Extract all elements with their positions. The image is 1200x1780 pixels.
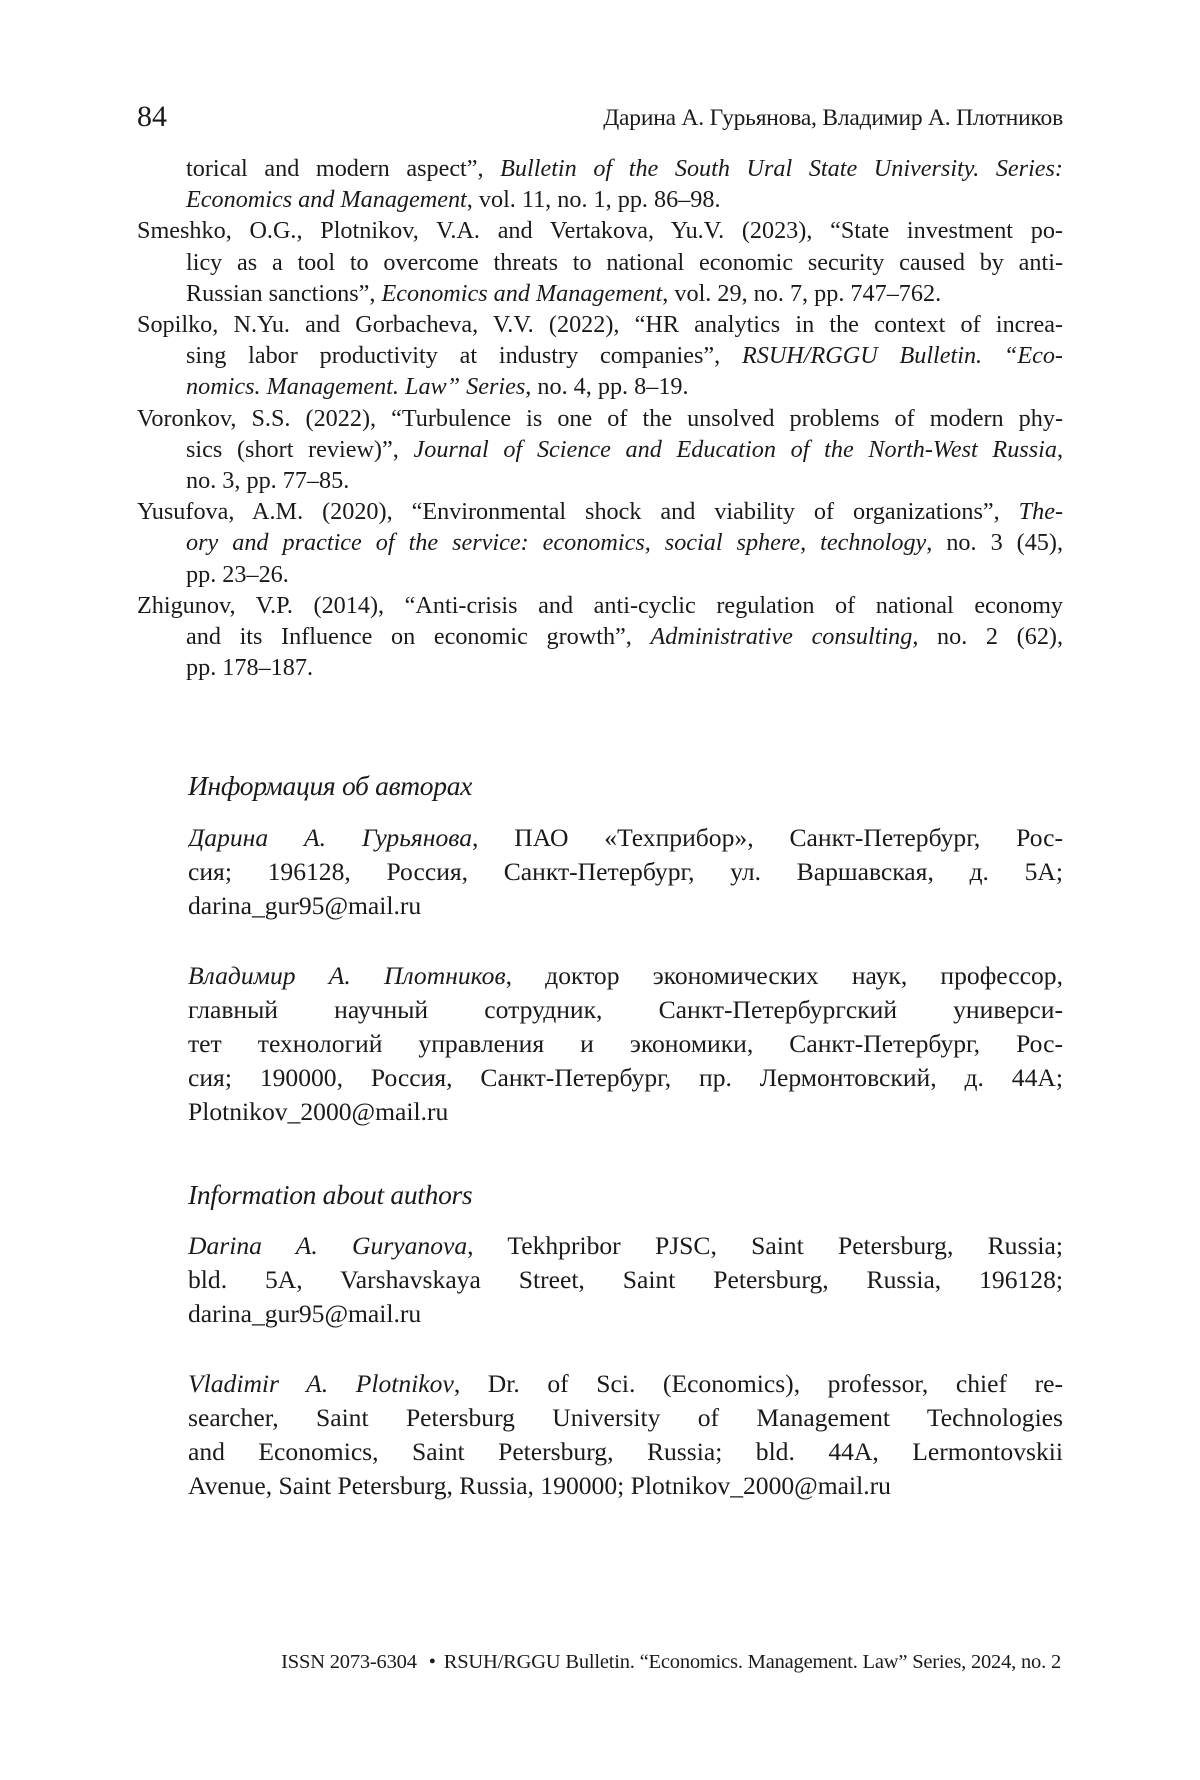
reference-entry: Smeshko, O.G., Plotnikov, V.A. and Verta… — [137, 215, 1063, 309]
text: sing labor productivity at industry comp… — [186, 342, 742, 369]
text: Voronkov, S.S. (2022), “Turbulence is on… — [137, 405, 1063, 432]
text-line: Plotnikov_2000@mail.ru — [188, 1095, 1063, 1129]
italic-text: Economics and Management — [382, 280, 663, 307]
reference-entry: Sopilko, N.Yu. and Gorbacheva, V.V. (202… — [137, 309, 1063, 403]
text-line: ory and practice of the service: economi… — [137, 527, 1063, 558]
text-line: bld. 5A, Varshavskaya Street, Saint Pete… — [188, 1263, 1063, 1297]
italic-text: Economics and Management — [186, 186, 467, 213]
text: главный научный сотрудник, Санкт-Петербу… — [188, 995, 1063, 1024]
text: , ПАО «Техприбор», Санкт-Петербург, Рос- — [472, 823, 1063, 852]
text: darina_gur95@mail.ru — [188, 1299, 421, 1328]
text-line: sing labor productivity at industry comp… — [137, 340, 1063, 371]
author-info-en-plotnikov: Vladimir A. Plotnikov, Dr. of Sci. (Econ… — [188, 1367, 1063, 1503]
footer-journal: RSUH/RGGU Bulletin. “Economics. Manageme… — [444, 1651, 1061, 1673]
text-line: sics (short review)”, Journal of Science… — [137, 434, 1063, 465]
text: Plotnikov_2000@mail.ru — [188, 1097, 448, 1126]
text: no. 3, pp. 77–85. — [186, 467, 349, 494]
text-line: darina_gur95@mail.ru — [188, 889, 1063, 923]
text: , Dr. of Sci. (Economics), professor, ch… — [454, 1369, 1063, 1398]
text: тет технологий управления и экономики, С… — [188, 1029, 1063, 1058]
text-line: Voronkov, S.S. (2022), “Turbulence is on… — [137, 403, 1063, 434]
text-line: Vladimir A. Plotnikov, Dr. of Sci. (Econ… — [188, 1367, 1063, 1401]
text: , vol. 11, no. 1, pp. 86–98. — [467, 186, 721, 213]
text: and its Influence on economic growth”, — [186, 623, 651, 650]
text: Smeshko, O.G., Plotnikov, V.A. and Verta… — [137, 217, 1063, 244]
reference-entry: torical and modern aspect”, Bulletin of … — [137, 153, 1063, 215]
footer-bullet: • — [417, 1651, 444, 1673]
text-line: pp. 178–187. — [137, 652, 1063, 683]
running-head-authors: Дарина А. Гурьянова, Владимир А. Плотник… — [603, 106, 1063, 130]
text-line: pp. 23–26. — [137, 559, 1063, 590]
text: Sopilko, N.Yu. and Gorbacheva, V.V. (202… — [137, 311, 1063, 338]
text-line: Zhigunov, V.P. (2014), “Anti-crisis and … — [137, 590, 1063, 621]
page-footer: ISSN 2073-6304•RSUH/RGGU Bulletin. “Econ… — [137, 1650, 1061, 1674]
text: bld. 5A, Varshavskaya Street, Saint Pete… — [188, 1265, 1063, 1294]
reference-entry: Voronkov, S.S. (2022), “Turbulence is on… — [137, 403, 1063, 497]
authors-en-heading: Information about authors — [188, 1178, 1063, 1212]
text: сия; 190000, Россия, Санкт-Петербург, пр… — [188, 1063, 1063, 1092]
author-info-en-guryanova: Darina A. Guryanova, Tekhpribor PJSC, Sa… — [188, 1229, 1063, 1331]
text: , доктор экономических наук, профессор, — [506, 961, 1063, 990]
text-line: тет технологий управления и экономики, С… — [188, 1027, 1063, 1061]
italic-text: Владимир А. Плотников — [188, 961, 506, 990]
text-line: главный научный сотрудник, Санкт-Петербу… — [188, 993, 1063, 1027]
text: searcher, Saint Petersburg University of… — [188, 1403, 1063, 1432]
text-line: torical and modern aspect”, Bulletin of … — [137, 153, 1063, 184]
text-line: darina_gur95@mail.ru — [188, 1297, 1063, 1331]
text-line: Economics and Management, vol. 11, no. 1… — [137, 184, 1063, 215]
italic-text: ory and practice of the service: economi… — [186, 529, 926, 556]
italic-text: Vladimir A. Plotnikov — [188, 1369, 454, 1398]
text: , — [1057, 436, 1063, 463]
italic-text: Darina A. Guryanova — [188, 1231, 467, 1260]
text-line: Avenue, Saint Petersburg, Russia, 190000… — [188, 1469, 1063, 1503]
text-line: Sopilko, N.Yu. and Gorbacheva, V.V. (202… — [137, 309, 1063, 340]
text-line: Darina A. Guryanova, Tekhpribor PJSC, Sa… — [188, 1229, 1063, 1263]
text: pp. 23–26. — [186, 561, 289, 588]
text: Avenue, Saint Petersburg, Russia, 190000… — [188, 1471, 891, 1500]
author-info-ru-plotnikov: Владимир А. Плотников, доктор экономичес… — [188, 959, 1063, 1128]
text: , no. 3 (45), — [926, 529, 1063, 556]
page-number: 84 — [137, 102, 167, 132]
text: licy as a tool to overcome threats to na… — [186, 249, 1063, 276]
reference-list: torical and modern aspect”, Bulletin of … — [137, 153, 1063, 683]
text: сия; 196128, Россия, Санкт-Петербург, ул… — [188, 857, 1063, 886]
italic-text: The- — [1019, 498, 1063, 525]
text: , no. 2 (62), — [912, 623, 1063, 650]
text: Russian sanctions”, — [186, 280, 382, 307]
italic-text: Administrative consulting — [651, 623, 913, 650]
text: pp. 178–187. — [186, 654, 313, 681]
italic-text: Journal of Science and Education of the … — [413, 436, 1056, 463]
text: , Tekhpribor PJSC, Saint Petersburg, Rus… — [467, 1231, 1063, 1260]
text: Zhigunov, V.P. (2014), “Anti-crisis and … — [137, 592, 1063, 619]
italic-text: Bulletin of the South Ural State Univers… — [500, 155, 1063, 182]
running-head: 84 Дарина А. Гурьянова, Владимир А. Плот… — [137, 96, 1063, 132]
text: and Economics, Saint Petersburg, Russia;… — [188, 1437, 1063, 1466]
text-line: nomics. Management. Law” Series, no. 4, … — [137, 371, 1063, 402]
text-line: Владимир А. Плотников, доктор экономичес… — [188, 959, 1063, 993]
text-line: no. 3, pp. 77–85. — [137, 465, 1063, 496]
footer-issn: ISSN 2073-6304 — [281, 1651, 417, 1673]
text-line: searcher, Saint Petersburg University of… — [188, 1401, 1063, 1435]
text: , no. 4, pp. 8–19. — [525, 373, 688, 400]
reference-entry: Yusufova, A.M. (2020), “Environmental sh… — [137, 496, 1063, 590]
author-info-ru-guryanova: Дарина А. Гурьянова, ПАО «Техприбор», Са… — [188, 821, 1063, 923]
text-line: Yusufova, A.M. (2020), “Environmental sh… — [137, 496, 1063, 527]
text-line: and its Influence on economic growth”, A… — [137, 621, 1063, 652]
text-line: and Economics, Saint Petersburg, Russia;… — [188, 1435, 1063, 1469]
text: sics (short review)”, — [186, 436, 413, 463]
text: torical and modern aspect”, — [186, 155, 500, 182]
text-line: Дарина А. Гурьянова, ПАО «Техприбор», Са… — [188, 821, 1063, 855]
text-line: licy as a tool to overcome threats to na… — [137, 247, 1063, 278]
text: , vol. 29, no. 7, pp. 747–762. — [662, 280, 941, 307]
text-line: Smeshko, O.G., Plotnikov, V.A. and Verta… — [137, 215, 1063, 246]
text: darina_gur95@mail.ru — [188, 891, 421, 920]
authors-ru-heading: Информация об авторах — [188, 769, 1063, 803]
italic-text: nomics. Management. Law” Series — [186, 373, 525, 400]
text: Yusufova, A.M. (2020), “Environmental sh… — [137, 498, 1019, 525]
text-line: сия; 190000, Россия, Санкт-Петербург, пр… — [188, 1061, 1063, 1095]
italic-text: RSUH/RGGU Bulletin. “Eco- — [742, 342, 1063, 369]
reference-entry: Zhigunov, V.P. (2014), “Anti-crisis and … — [137, 590, 1063, 684]
italic-text: Дарина А. Гурьянова — [188, 823, 472, 852]
text-line: Russian sanctions”, Economics and Manage… — [137, 278, 1063, 309]
text-line: сия; 196128, Россия, Санкт-Петербург, ул… — [188, 855, 1063, 889]
